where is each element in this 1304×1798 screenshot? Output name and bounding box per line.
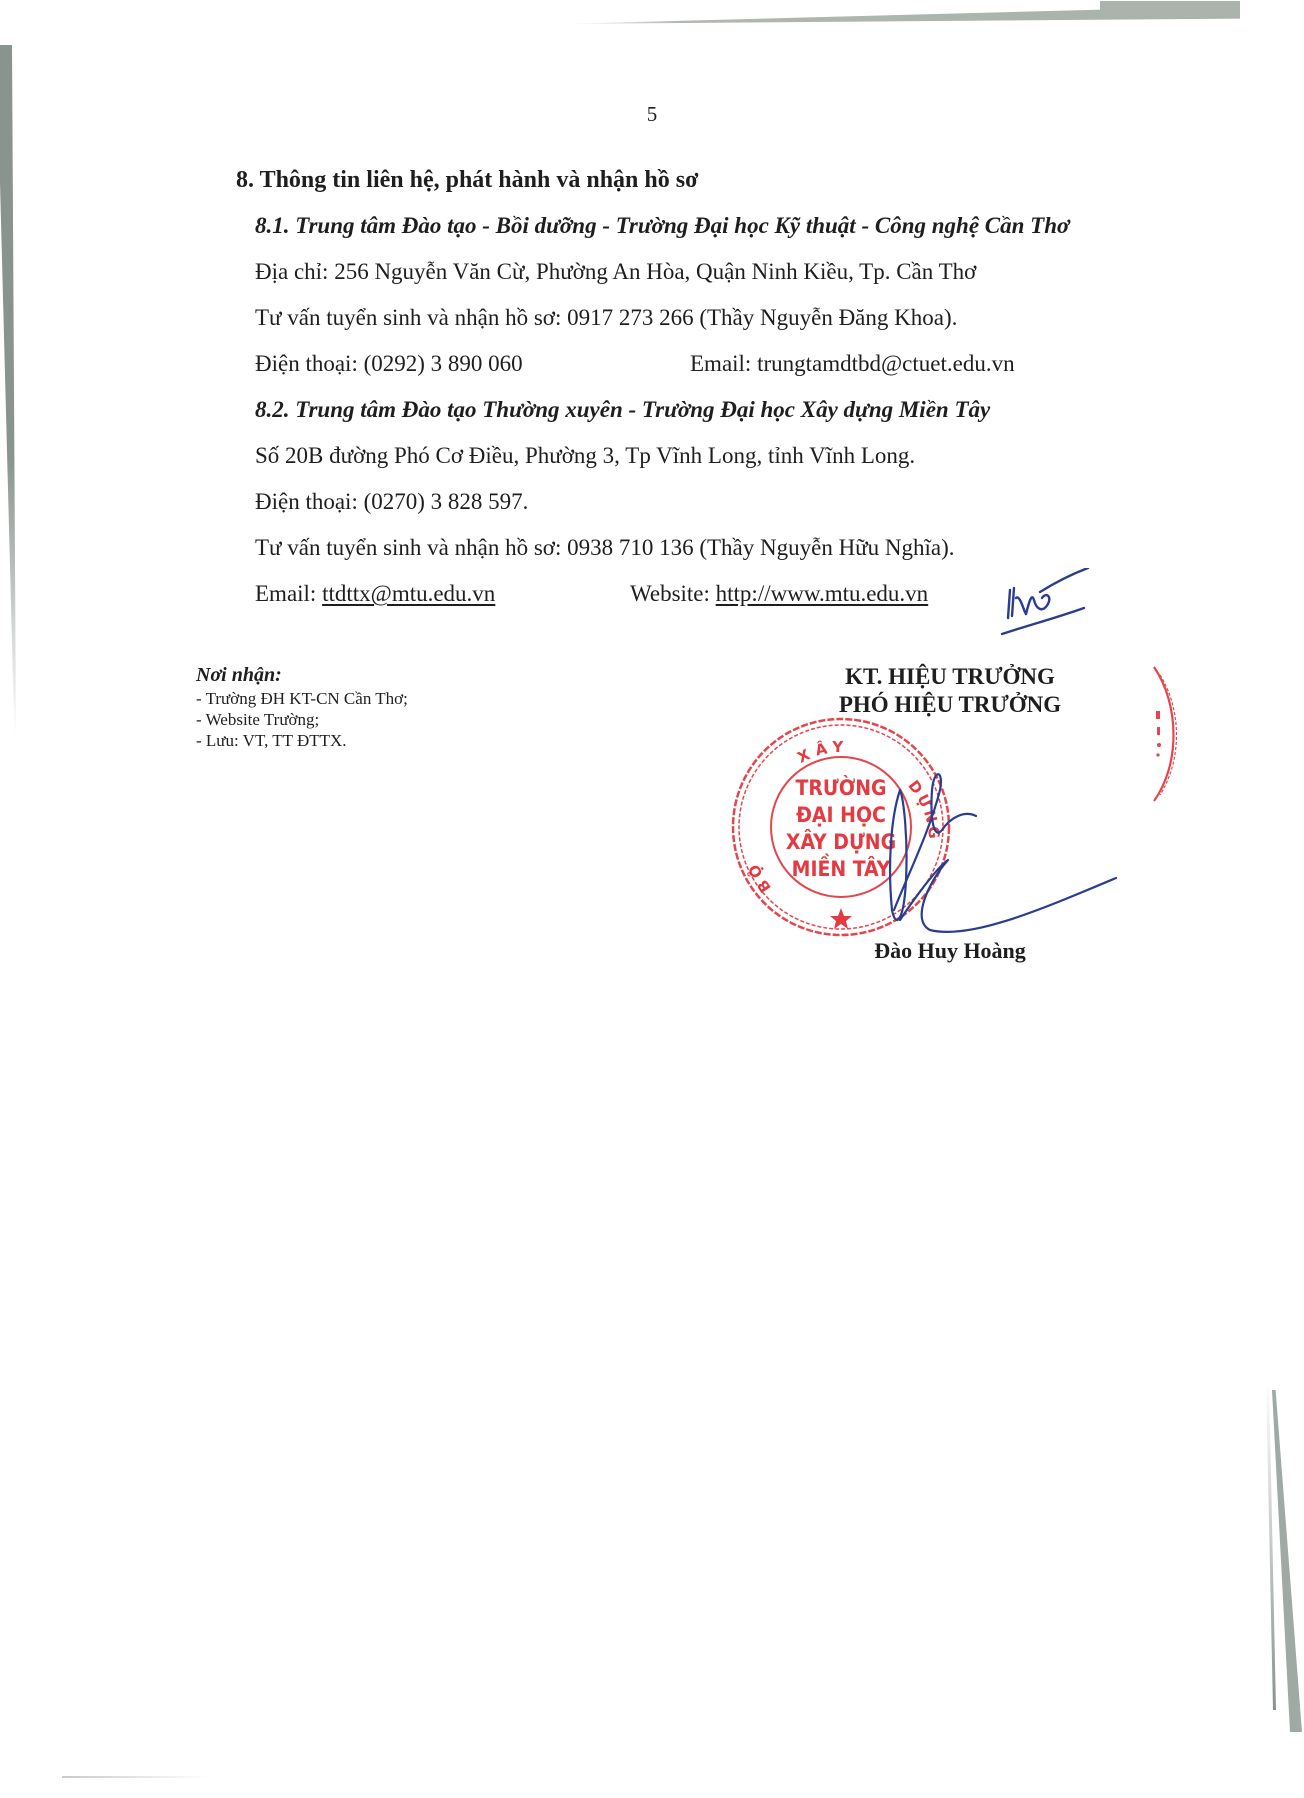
website-link[interactable]: http://www.mtu.edu.vn [716,581,929,606]
initials-mark-icon [996,568,1092,636]
handwritten-signature-icon [880,760,1120,940]
recipient-item: - Website Trường; [196,709,408,730]
signer-name: Đào Huy Hoàng [800,938,1100,964]
subsection-1-consult: Tư vấn tuyển sinh và nhận hồ sơ: 0917 27… [255,304,957,332]
subsection-2-title: 8.2. Trung tâm Đào tạo Thường xuyên - Tr… [255,396,990,424]
signature-title-line1: KT. HIỆU TRƯỞNG [800,663,1100,691]
signature-title-block: KT. HIỆU TRƯỞNG PHÓ HIỆU TRƯỞNG [800,663,1100,719]
page-number: 5 [0,102,1304,127]
subsection-2-address: Số 20B đường Phó Cơ Điều, Phường 3, Tp V… [255,442,915,470]
partial-stamp-icon [1150,665,1200,805]
email-link[interactable]: ttdttx@mtu.edu.vn [322,581,495,606]
subsection-2-website-row: Website: http://www.mtu.edu.vn [630,580,928,608]
subsection-2-email-row: Email: ttdttx@mtu.edu.vn [255,580,495,608]
subsection-1-email[interactable]: Email: trungtamdtbd@ctuet.edu.vn [690,350,1015,378]
recipient-item: - Lưu: VT, TT ĐTTX. [196,730,408,751]
recipient-item: - Trường ĐH KT-CN Cần Thơ; [196,688,408,709]
stamp-outer-left: BỘ [742,858,775,896]
scan-edge-top-right [1100,1,1240,17]
stamp-line: ĐẠI HỌC [796,803,886,827]
stamp-line: TRƯỜNG [795,775,886,800]
svg-text:BỘ: BỘ [742,858,775,896]
stamp-line: MIỀN TÂY [792,853,891,881]
email-label: Email: [255,581,322,606]
recipients-block: Nơi nhận: - Trường ĐH KT-CN Cần Thơ; - W… [196,662,408,751]
subsection-2-phone: Điện thoại: (0270) 3 828 597. [255,488,528,516]
recipients-title: Nơi nhận: [196,662,408,688]
subsection-1-title: 8.1. Trung tâm Đào tạo - Bồi dưỡng - Trư… [255,212,1069,240]
section-heading: 8. Thông tin liên hệ, phát hành và nhận … [236,166,698,194]
stamp-outer-top: XÂY [795,737,850,766]
scan-edge-bottom [62,1776,212,1778]
subsection-1-phone: Điện thoại: (0292) 3 890 060 [255,350,523,378]
subsection-1-address: Địa chỉ: 256 Nguyễn Văn Cừ, Phường An Hò… [255,258,976,286]
svg-text:XÂY: XÂY [795,737,850,766]
scan-edge-left [0,45,16,735]
subsection-2-consult: Tư vấn tuyển sinh và nhận hồ sơ: 0938 71… [255,534,955,562]
website-label: Website: [630,581,716,606]
scan-edge-right [1272,1390,1302,1732]
